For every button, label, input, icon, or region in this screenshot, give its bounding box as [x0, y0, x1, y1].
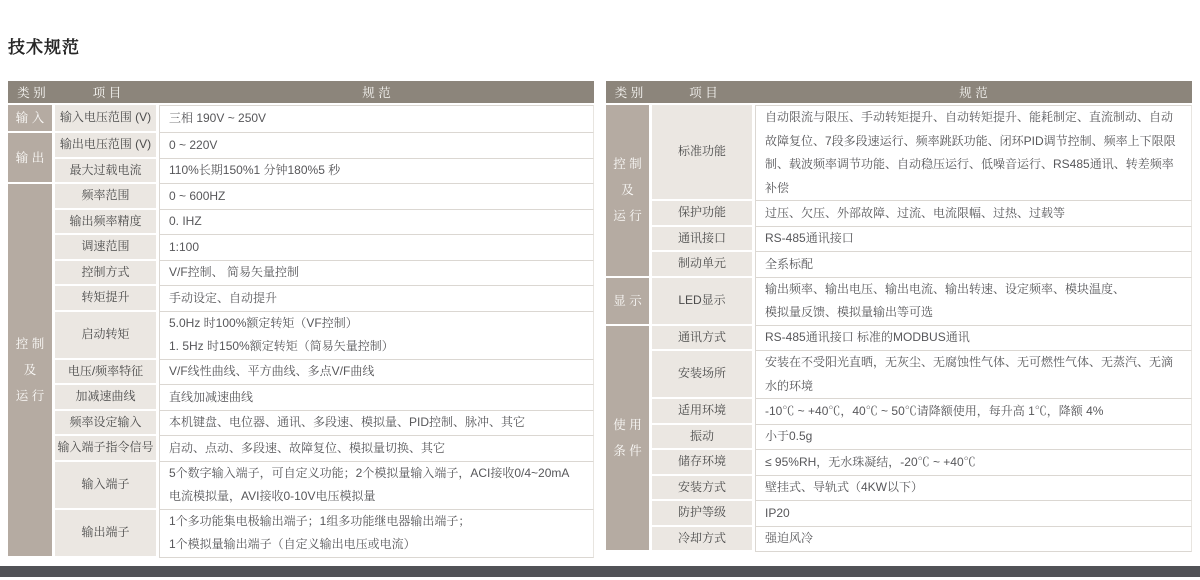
item-cell: 频率范围	[55, 184, 159, 210]
table-row: 输 出 输出电压范围 (V) 0 ~ 220V	[8, 133, 594, 159]
table-row: 电压/频率特征 V/F线性曲线、平方曲线、多点V/F曲线	[8, 360, 594, 386]
spec-cell: 本机键盘、电位器、通讯、多段速、模拟量、PID控制、脉冲、其它	[159, 411, 594, 437]
table-row: 制动单元 全系标配	[606, 252, 1192, 278]
spec-cell: 1:100	[159, 235, 594, 261]
table-row: 储存环境 ≤ 95%RH，无水珠凝结，-20℃ ~ +40℃	[606, 450, 1192, 476]
table-row: 频率设定输入 本机键盘、电位器、通讯、多段速、模拟量、PID控制、脉冲、其它	[8, 411, 594, 437]
spec-table-right: 类 别 项 目 规 范 控 制 及 运 行 标准功能 自动限流与限压、手动转矩提…	[606, 81, 1192, 552]
spec-cell: 直线加减速曲线	[159, 385, 594, 411]
spec-cell: 小于0.5g	[755, 425, 1192, 451]
table-row: 防护等级 IP20	[606, 501, 1192, 527]
table-row: 最大过载电流 110%长期150%1 分钟180%5 秒	[8, 159, 594, 185]
item-cell: 通讯接口	[652, 227, 755, 253]
spec-table-left: 类 别 项 目 规 范 输 入 输入电压范围 (V) 三相 190V ~ 250…	[8, 81, 594, 558]
item-cell: 冷却方式	[652, 527, 755, 553]
table-row: 振动 小于0.5g	[606, 425, 1192, 451]
header-category: 类 别	[606, 81, 652, 105]
item-cell: 调速范围	[55, 235, 159, 261]
category-cell-control-operation: 控 制 及 运 行	[8, 184, 55, 558]
item-cell: LED显示	[652, 278, 755, 326]
spec-cell: 三相 190V ~ 250V	[159, 105, 594, 133]
table-row: 保护功能 过压、欠压、外部故障、过流、电流限幅、过热、过载等	[606, 201, 1192, 227]
table-row: 安装场所 安装在不受阳光直晒，无灰尘、无腐蚀性气体、无可燃性气体、无蒸汽、无滴水…	[606, 351, 1192, 399]
table-row: 安装方式 壁挂式、导轨式（4KW以下）	[606, 476, 1192, 502]
category-cell-usage-conditions: 使 用 条 件	[606, 326, 652, 553]
spec-cell: 全系标配	[755, 252, 1192, 278]
item-cell: 输入端子	[55, 462, 159, 510]
table-row: 调速范围 1:100	[8, 235, 594, 261]
item-cell: 保护功能	[652, 201, 755, 227]
table-row: 加减速曲线 直线加减速曲线	[8, 385, 594, 411]
spec-cell: 0 ~ 220V	[159, 133, 594, 159]
table-row: 输出端子 1个多功能集电极输出端子；1组多功能继电器输出端子； 1个模拟量输出端…	[8, 510, 594, 558]
header-item: 项 目	[652, 81, 755, 105]
category-cell-input: 输 入	[8, 105, 55, 133]
table-row: 显 示 LED显示 输出频率、输出电压、输出电流、输出转速、设定频率、模块温度、…	[606, 278, 1192, 326]
table-row: 输 入 输入电压范围 (V) 三相 190V ~ 250V	[8, 105, 594, 133]
item-cell: 安装场所	[652, 351, 755, 399]
table-row: 转矩提升 手动设定、自动提升	[8, 286, 594, 312]
item-cell: 适用环境	[652, 399, 755, 425]
table-row: 冷却方式 强迫风冷	[606, 527, 1192, 553]
spec-cell: ≤ 95%RH，无水珠凝结，-20℃ ~ +40℃	[755, 450, 1192, 476]
spec-cell: 0. IHZ	[159, 210, 594, 236]
item-cell: 加减速曲线	[55, 385, 159, 411]
item-cell: 安装方式	[652, 476, 755, 502]
spec-cell: 110%长期150%1 分钟180%5 秒	[159, 159, 594, 185]
footer-bar	[0, 566, 1200, 577]
table-row: 输入端子指令信号 启动、点动、多段速、故障复位、模拟量切换、其它	[8, 436, 594, 462]
table-row: 输出频率精度 0. IHZ	[8, 210, 594, 236]
header-spec: 规 范	[755, 81, 1192, 105]
page-title: 技术规范	[8, 33, 80, 58]
table-row: 适用环境 -10℃ ~ +40℃，40℃ ~ 50℃请降额使用，每升高 1℃，降…	[606, 399, 1192, 425]
spec-cell: 手动设定、自动提升	[159, 286, 594, 312]
item-cell: 制动单元	[652, 252, 755, 278]
spec-cell: RS-485通讯接口	[755, 227, 1192, 253]
spec-cell: 1个多功能集电极输出端子；1组多功能继电器输出端子； 1个模拟量输出端子（自定义…	[159, 510, 594, 558]
item-cell: 启动转矩	[55, 312, 159, 360]
spec-cell: 安装在不受阳光直晒，无灰尘、无腐蚀性气体、无可燃性气体、无蒸汽、无滴水的环境	[755, 351, 1192, 399]
item-cell: 输入端子指令信号	[55, 436, 159, 462]
spec-cell: 过压、欠压、外部故障、过流、电流限幅、过热、过载等	[755, 201, 1192, 227]
item-cell: 输出端子	[55, 510, 159, 558]
spec-cell: IP20	[755, 501, 1192, 527]
item-cell: 转矩提升	[55, 286, 159, 312]
table-row: 使 用 条 件 通讯方式 RS-485通讯接口 标准的MODBUS通讯	[606, 326, 1192, 352]
item-cell: 输出电压范围 (V)	[55, 133, 159, 159]
spec-cell: 自动限流与限压、手动转矩提升、自动转矩提升、能耗制定、直流制动、自动故障复位、7…	[755, 105, 1192, 201]
header-row: 类 别 项 目 规 范	[606, 81, 1192, 105]
spec-cell: V/F控制、 简易矢量控制	[159, 261, 594, 287]
table-row: 控制方式 V/F控制、 简易矢量控制	[8, 261, 594, 287]
spec-cell: 强迫风冷	[755, 527, 1192, 553]
item-cell: 输出频率精度	[55, 210, 159, 236]
spec-cell: 0 ~ 600HZ	[159, 184, 594, 210]
spec-cell: 5个数字输入端子，可自定义功能；2个模拟量输入端子，ACI接收0/4~20mA …	[159, 462, 594, 510]
header-spec: 规 范	[159, 81, 594, 105]
table-row: 输入端子 5个数字输入端子，可自定义功能；2个模拟量输入端子，ACI接收0/4~…	[8, 462, 594, 510]
item-cell: 标准功能	[652, 105, 755, 201]
item-cell: 储存环境	[652, 450, 755, 476]
item-cell: 最大过载电流	[55, 159, 159, 185]
header-category: 类 别	[8, 81, 55, 105]
item-cell: 通讯方式	[652, 326, 755, 352]
spec-cell: 5.0Hz 时100%额定转矩（VF控制） 1. 5Hz 时150%额定转矩（简…	[159, 312, 594, 360]
item-cell: 防护等级	[652, 501, 755, 527]
item-cell: 振动	[652, 425, 755, 451]
table-row: 通讯接口 RS-485通讯接口	[606, 227, 1192, 253]
spec-cell: 启动、点动、多段速、故障复位、模拟量切换、其它	[159, 436, 594, 462]
spec-cell: RS-485通讯接口 标准的MODBUS通讯	[755, 326, 1192, 352]
header-item: 项 目	[55, 81, 159, 105]
spec-cell: -10℃ ~ +40℃，40℃ ~ 50℃请降额使用，每升高 1℃，降额 4%	[755, 399, 1192, 425]
item-cell: 电压/频率特征	[55, 360, 159, 386]
table-row: 控 制 及 运 行 标准功能 自动限流与限压、手动转矩提升、自动转矩提升、能耗制…	[606, 105, 1192, 201]
category-cell-display: 显 示	[606, 278, 652, 326]
table-row: 启动转矩 5.0Hz 时100%额定转矩（VF控制） 1. 5Hz 时150%额…	[8, 312, 594, 360]
table-row: 控 制 及 运 行 频率范围 0 ~ 600HZ	[8, 184, 594, 210]
item-cell: 输入电压范围 (V)	[55, 105, 159, 133]
item-cell: 频率设定输入	[55, 411, 159, 437]
spec-cell: 输出频率、输出电压、输出电流、输出转速、设定频率、模块温度、 模拟量反馈、模拟量…	[755, 278, 1192, 326]
header-row: 类 别 项 目 规 范	[8, 81, 594, 105]
category-cell-output: 输 出	[8, 133, 55, 184]
spec-cell: V/F线性曲线、平方曲线、多点V/F曲线	[159, 360, 594, 386]
spec-cell: 壁挂式、导轨式（4KW以下）	[755, 476, 1192, 502]
category-cell-control-operation: 控 制 及 运 行	[606, 105, 652, 278]
item-cell: 控制方式	[55, 261, 159, 287]
